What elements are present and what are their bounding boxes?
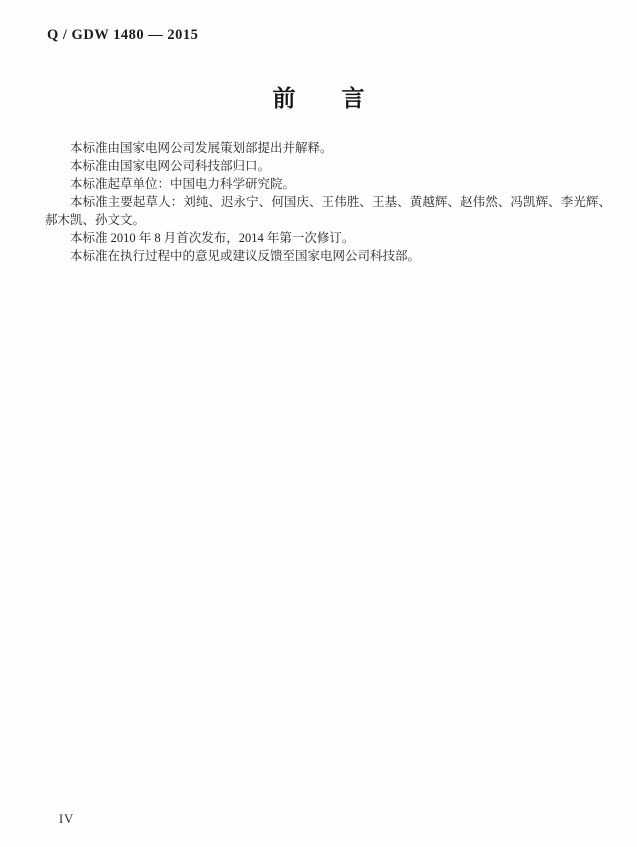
paragraph-issuing-dept: 本标准由国家电网公司发展策划部提出并解释。 (45, 139, 611, 157)
page-title: 前 言 (0, 80, 637, 113)
paragraph-drafters: 本标准主要起草人：刘纯、迟永宁、何国庆、王伟胜、王基、黄越辉、赵伟然、冯凯辉、李… (45, 193, 611, 229)
paragraph-drafting-org: 本标准起草单位：中国电力科学研究院。 (45, 175, 611, 193)
standard-number-header: Q / GDW 1480 — 2015 (47, 27, 198, 44)
paragraph-centralized-dept: 本标准由国家电网公司科技部归口。 (45, 157, 611, 175)
document-page: Q / GDW 1480 — 2015 前 言 本标准由国家电网公司发展策划部提… (0, 0, 637, 847)
paragraph-revision-history: 本标准 2010 年 8 月首次发布，2014 年第一次修订。 (45, 229, 611, 247)
paragraph-feedback: 本标准在执行过程中的意见或建议反馈至国家电网公司科技部。 (45, 247, 611, 265)
foreword-body: 本标准由国家电网公司发展策划部提出并解释。 本标准由国家电网公司科技部归口。 本… (45, 139, 611, 265)
page-number: IV (59, 812, 74, 827)
